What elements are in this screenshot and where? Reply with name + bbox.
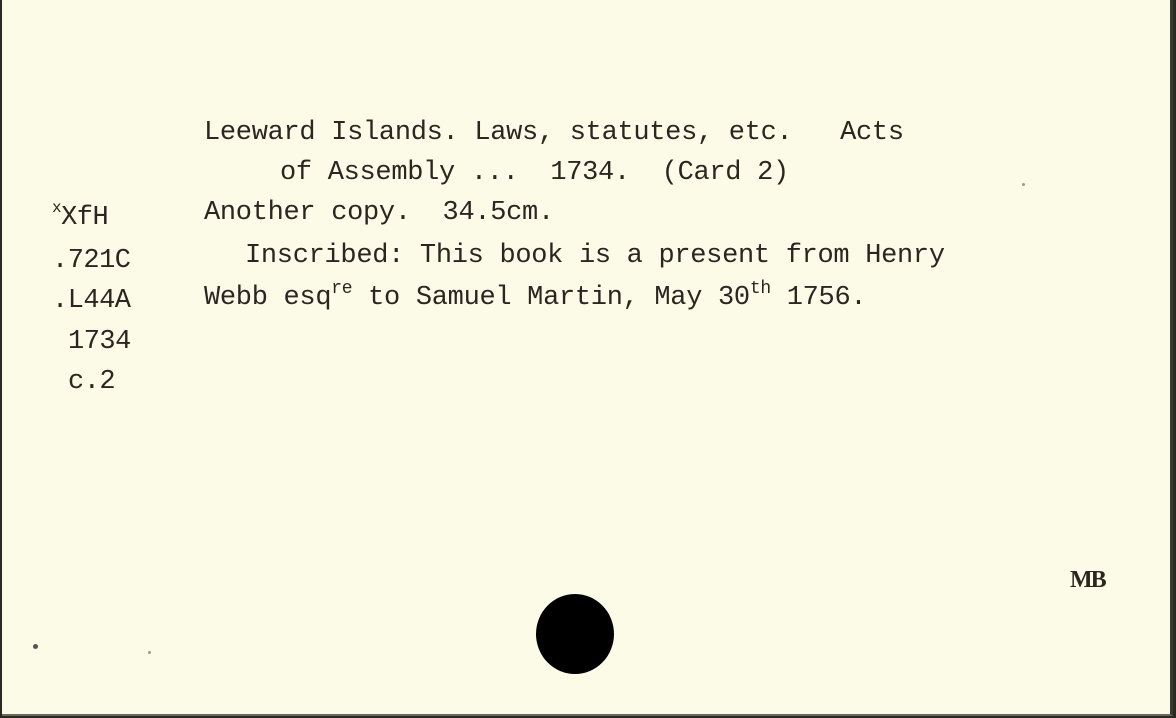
copy-note: Another copy. 34.5cm. xyxy=(204,200,554,227)
speck xyxy=(148,651,151,654)
heading-line-2: of Assembly ... 1734. (Card 2) xyxy=(280,160,789,187)
speck xyxy=(33,644,38,649)
superscript-re: re xyxy=(331,279,352,299)
call-number-line-4: 1734 xyxy=(52,322,131,363)
call-number: xXfH .721C .L44A 1734 c.2 xyxy=(52,198,131,403)
inscription-line-2: Webb esqre to Samuel Martin, May 30th 17… xyxy=(204,285,866,312)
superscript-th: th xyxy=(750,279,771,299)
call-number-line-3: .L44A xyxy=(52,281,131,322)
call-number-mark: x xyxy=(52,199,61,217)
speck xyxy=(1022,183,1025,186)
inscription-line-1: Inscribed: This book is a present from H… xyxy=(245,243,945,270)
catalog-card: xXfH .721C .L44A 1734 c.2 Leeward Island… xyxy=(2,0,1173,716)
punch-hole xyxy=(536,594,614,674)
heading-line-1: Leeward Islands. Laws, statutes, etc. Ac… xyxy=(204,120,904,147)
call-number-line-5: c.2 xyxy=(52,362,131,403)
call-number-line-1: xXfH xyxy=(52,198,131,241)
call-number-line-2: .721C xyxy=(52,241,131,282)
cataloger-initials: MB xyxy=(1070,567,1105,594)
